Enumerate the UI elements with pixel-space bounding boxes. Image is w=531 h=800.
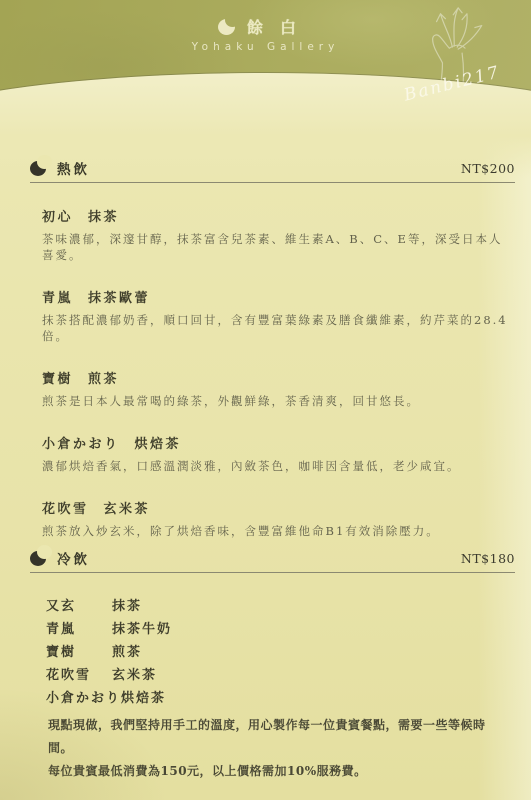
- item-description: 濃郁烘焙香氣，口感溫潤淡雅，內斂茶色，咖啡因含量低，老少咸宜。: [42, 458, 515, 474]
- section-header: 冷飲 NT$180: [30, 548, 515, 568]
- item-tea-type: 抹茶: [112, 599, 142, 614]
- brand-name: 餘白: [247, 15, 313, 38]
- item-tea-type: 烘焙茶: [135, 437, 182, 452]
- item-tea-type: 玄米茶: [112, 668, 157, 683]
- menu-item: 青嵐抹茶歐蕾 抹茶搭配濃郁奶香，順口回甘，含有豐富葉綠素及膳食纖維素，約芹菜的2…: [30, 290, 515, 344]
- brand-subtitle: Yohaku Gallery: [0, 41, 531, 53]
- hot-items: 初心抹茶 茶味濃郁，深邃甘醇，抹茶富含兒茶素、維生素A、B、C、E等，深受日本人…: [30, 209, 515, 539]
- section-header: 熱飲 NT$200: [30, 158, 515, 178]
- item-name: 花吹雪: [42, 502, 89, 517]
- section-hot-drinks: 熱飲 NT$200 初心抹茶 茶味濃郁，深邃甘醇，抹茶富含兒茶素、維生素A、B、…: [30, 158, 515, 566]
- menu-item: 初心抹茶 茶味濃郁，深邃甘醇，抹茶富含兒茶素、維生素A、B、C、E等，深受日本人…: [30, 209, 515, 263]
- note-line: 現點現做，我們堅持用手工的溫度，用心製作每一位貴賓餐點，需要一些等候時間。: [48, 714, 503, 760]
- note-line: 每位貴賓最低消費為150元，以上價格需加10%服務費。: [48, 760, 503, 783]
- item-title: 青嵐抹茶歐蕾: [42, 290, 515, 307]
- section-cold-drinks: 冷飲 NT$180 又玄抹茶 青嵐抹茶牛奶 寶樹煎茶 花吹雪玄米茶 小倉かおり烘…: [30, 548, 515, 710]
- divider: [30, 572, 515, 573]
- footer-notes: 現點現做，我們堅持用手工的溫度，用心製作每一位貴賓餐點，需要一些等候時間。 每位…: [48, 714, 503, 783]
- section-title: 冷飲: [57, 548, 90, 568]
- item-name: 花吹雪: [46, 664, 112, 683]
- crescent-moon-icon: [30, 161, 46, 176]
- menu-item: 寶樹煎茶 煎茶是日本人最常喝的綠茶，外觀鮮綠，茶香清爽，回甘悠長。: [30, 371, 515, 409]
- item-description: 茶味濃郁，深邃甘醇，抹茶富含兒茶素、維生素A、B、C、E等，深受日本人喜愛。: [42, 231, 515, 263]
- item-tea-type: 烘焙茶: [121, 691, 166, 706]
- menu-item: 寶樹煎茶: [46, 641, 515, 664]
- item-title: 寶樹煎茶: [42, 371, 515, 388]
- cold-items: 又玄抹茶 青嵐抹茶牛奶 寶樹煎茶 花吹雪玄米茶 小倉かおり烘焙茶: [30, 595, 515, 710]
- item-tea-type: 玄米茶: [104, 502, 151, 517]
- section-title: 熱飲: [57, 158, 90, 178]
- item-name: 青嵐: [46, 618, 112, 637]
- menu-item: 花吹雪玄米茶 煎茶放入炒玄米，除了烘焙香味，含豐富維他命B1有效消除壓力。: [30, 501, 515, 539]
- crescent-moon-icon: [218, 19, 235, 35]
- divider: [30, 182, 515, 183]
- crescent-moon-icon: [30, 551, 46, 566]
- menu-item: 小倉かおり烘焙茶 濃郁烘焙香氣，口感溫潤淡雅，內斂茶色，咖啡因含量低，老少咸宜。: [30, 436, 515, 474]
- item-name: 小倉かおり: [42, 437, 120, 452]
- item-description: 煎茶是日本人最常喝的綠茶，外觀鮮綠，茶香清爽，回甘悠長。: [42, 393, 515, 409]
- item-name: 又玄: [46, 595, 112, 614]
- item-name: 寶樹: [46, 641, 112, 660]
- brand-logo: 餘白: [0, 15, 531, 38]
- item-title: 花吹雪玄米茶: [42, 501, 515, 518]
- item-title: 初心抹茶: [42, 209, 515, 226]
- item-name: 小倉かおり: [46, 687, 121, 706]
- section-price: NT$180: [461, 551, 515, 566]
- item-tea-type: 煎茶: [112, 645, 142, 660]
- menu-item: 又玄抹茶: [46, 595, 515, 618]
- item-name: 寶樹: [42, 372, 73, 387]
- menu-item: 花吹雪玄米茶: [46, 664, 515, 687]
- item-tea-type: 抹茶牛奶: [112, 622, 172, 637]
- menu-item: 青嵐抹茶牛奶: [46, 618, 515, 641]
- menu-page: 餘白 Yohaku Gallery Banbi217 熱飲 NT$200 初心抹…: [0, 0, 531, 800]
- item-tea-type: 抹茶歐蕾: [88, 291, 150, 306]
- item-tea-type: 抹茶: [88, 210, 119, 225]
- menu-item: 小倉かおり烘焙茶: [46, 687, 515, 710]
- item-title: 小倉かおり烘焙茶: [42, 436, 515, 453]
- item-name: 青嵐: [42, 291, 73, 306]
- section-price: NT$200: [461, 161, 515, 176]
- item-tea-type: 煎茶: [88, 372, 119, 387]
- item-description: 抹茶搭配濃郁奶香，順口回甘，含有豐富葉綠素及膳食纖維素，約芹菜的28.4倍。: [42, 312, 515, 344]
- item-name: 初心: [42, 210, 73, 225]
- item-description: 煎茶放入炒玄米，除了烘焙香味，含豐富維他命B1有效消除壓力。: [42, 523, 515, 539]
